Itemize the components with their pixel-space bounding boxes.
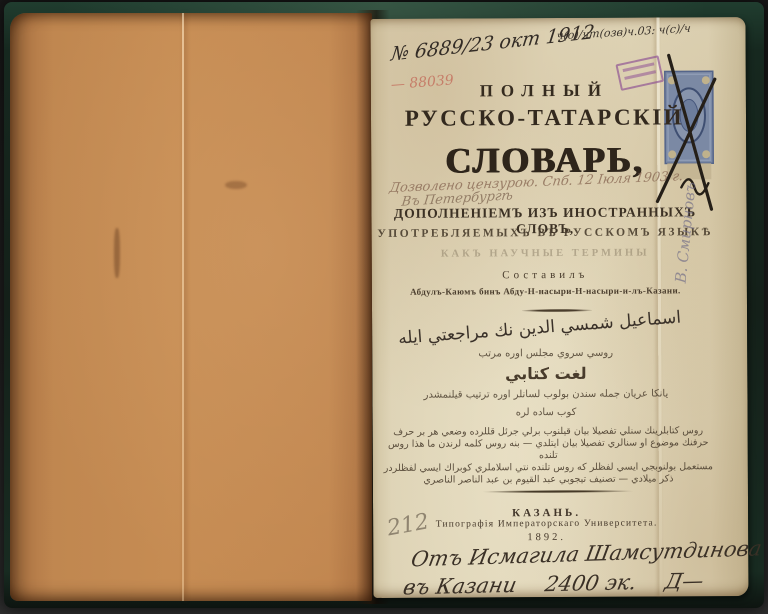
title-page: № 6889/23 окт 1912 ч(о)/чт(озв)ч.03: ч(с… — [370, 17, 748, 598]
ink-smudge — [225, 181, 247, 189]
arabic-book-title: لغت كتابي — [372, 363, 719, 384]
small-rule-ornament — [522, 309, 592, 312]
gift-copies: 2400 эк. — [543, 570, 639, 596]
divider-rule-ornament — [483, 490, 633, 494]
arabic-handwritten-line: اسماعيل شمسي الدين نك مراجعتي ايله — [372, 306, 708, 351]
left-endpaper-page — [10, 13, 372, 601]
arabic-printed-line-1: روسي سروي مجلس اوره مرتب — [372, 347, 719, 360]
subtitle-line-3-faded: КАКЪ НАУЧНЫЕ ТЕРМИНЫ — [372, 247, 719, 260]
subtitle-line-2: УПОТРЕБЛЯЕМЫХЪ ВЪ РУССКОМЪ ЯЗЫКѢ — [372, 226, 719, 240]
gift-initial: Д— — [663, 569, 706, 594]
ink-smudge — [114, 228, 120, 278]
arabic-printed-line-2: يانكا عريان جمله سندن بولوب لسانلر اوره … — [372, 388, 719, 401]
arabic-paragraph-line: ذكر ميلادي — تصنيف تيجوبي عبد القيوم بن … — [383, 473, 714, 487]
gift-place: въ Казани — [401, 573, 519, 600]
accession-number-handwriting: № 6889/23 окт 1912 — [390, 21, 596, 66]
arabic-paragraph: روس كتابلرينك سنلي تفصيلا بيان قيلنوب بر… — [383, 425, 714, 487]
endpaper-crease-line — [182, 13, 184, 601]
book-photo-stage: № 6889/23 окт 1912 ч(о)/чт(озв)ч.03: ч(с… — [0, 0, 768, 614]
compiled-by-label: Составилъ — [372, 268, 719, 282]
arabic-printed-line-3: كوب ساده لره — [373, 406, 720, 419]
arabic-paragraph-line: حرفنك موضوع او سنالري تفصيلا بيان ايتلدي… — [383, 437, 714, 463]
title-line-russko-tatarsky: РУССКО-ТАТАРСКІЙ — [371, 104, 718, 132]
author-name: Абдулъ-Каюмъ бинъ Абду-Н-насыри-Н-насыри… — [372, 285, 719, 297]
title-line-polny: ПОЛНЫЙ — [371, 80, 718, 102]
